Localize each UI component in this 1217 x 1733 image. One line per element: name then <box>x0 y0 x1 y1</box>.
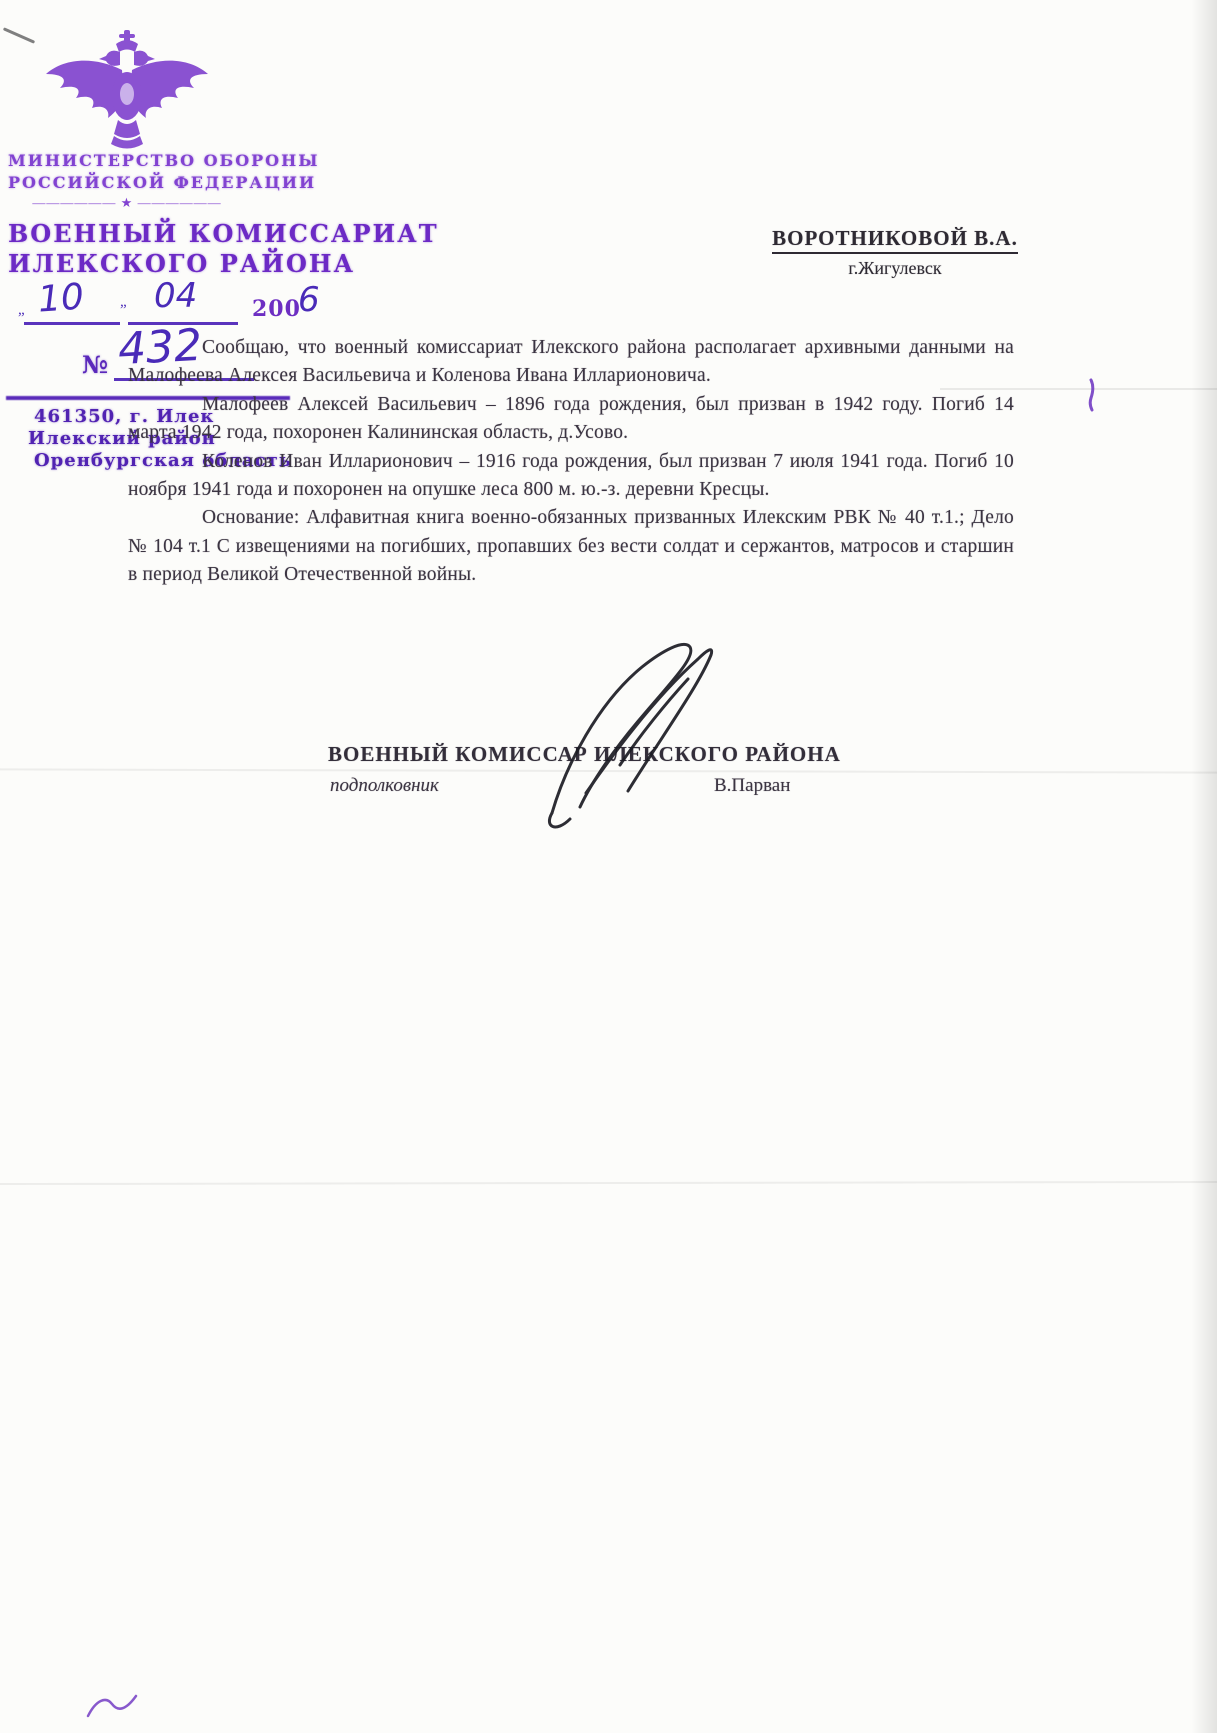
commissariat-stamp: МИНИСТЕРСТВО ОБОРОНЫ РОССИЙСКОЙ ФЕДЕРАЦИ… <box>8 28 246 279</box>
org-line-1: ВОЕННЫЙ КОМИССАРИАТ <box>8 219 246 249</box>
addressee-name: ВОРОТНИКОВОЙ В.А. <box>772 226 1018 254</box>
double-headed-eagle-emblem-icon <box>34 28 220 150</box>
date-year-handwritten: 6 <box>298 280 320 320</box>
body-paragraph-4: Основание: Алфавитная книга военно-обяза… <box>128 504 1014 589</box>
date-close-quote: ” <box>120 302 127 319</box>
numero-sign: № <box>82 350 108 379</box>
addressee-city: г.Жигулевск <box>770 258 1020 279</box>
scan-edge-shadow <box>1191 0 1217 1733</box>
date-day-underline <box>24 322 120 325</box>
date-month-handwritten: 04 <box>154 276 197 316</box>
stamp-divider-star: —————— ★ —————— <box>8 195 246 211</box>
addressee-block: ВОРОТНИКОВОЙ В.А. г.Жигулевск <box>770 226 1020 279</box>
paper-fold-line <box>0 1181 1217 1185</box>
signatory-rank: подполковник <box>330 775 439 797</box>
ink-speck <box>1084 378 1098 412</box>
body-paragraph-2: Малофеев Алексей Васильевич – 1896 года … <box>128 391 1014 448</box>
letter-body: Сообщаю, что военный комиссариат Илекско… <box>128 334 1014 590</box>
body-paragraph-1: Сообщаю, что военный комиссариат Илекско… <box>128 334 1014 391</box>
date-open-quote: „ <box>18 302 25 319</box>
date-day-handwritten: 10 <box>37 276 86 320</box>
org-line-2: ИЛЕКСКОГО РАЙОНА <box>8 249 246 279</box>
date-year-printed: 200 <box>252 296 301 322</box>
ministry-line-1: МИНИСТЕРСТВО ОБОРОНЫ <box>8 150 246 172</box>
body-paragraph-3: Коленов Иван Илларионович – 1916 года ро… <box>128 448 1014 505</box>
scanned-letter-page: МИНИСТЕРСТВО ОБОРОНЫ РОССИЙСКОЙ ФЕДЕРАЦИ… <box>0 0 1217 1733</box>
ink-squiggle <box>82 1686 142 1726</box>
ministry-line-2: РОССИЙСКОЙ ФЕДЕРАЦИИ <box>8 172 246 194</box>
handwritten-signature <box>500 615 780 835</box>
